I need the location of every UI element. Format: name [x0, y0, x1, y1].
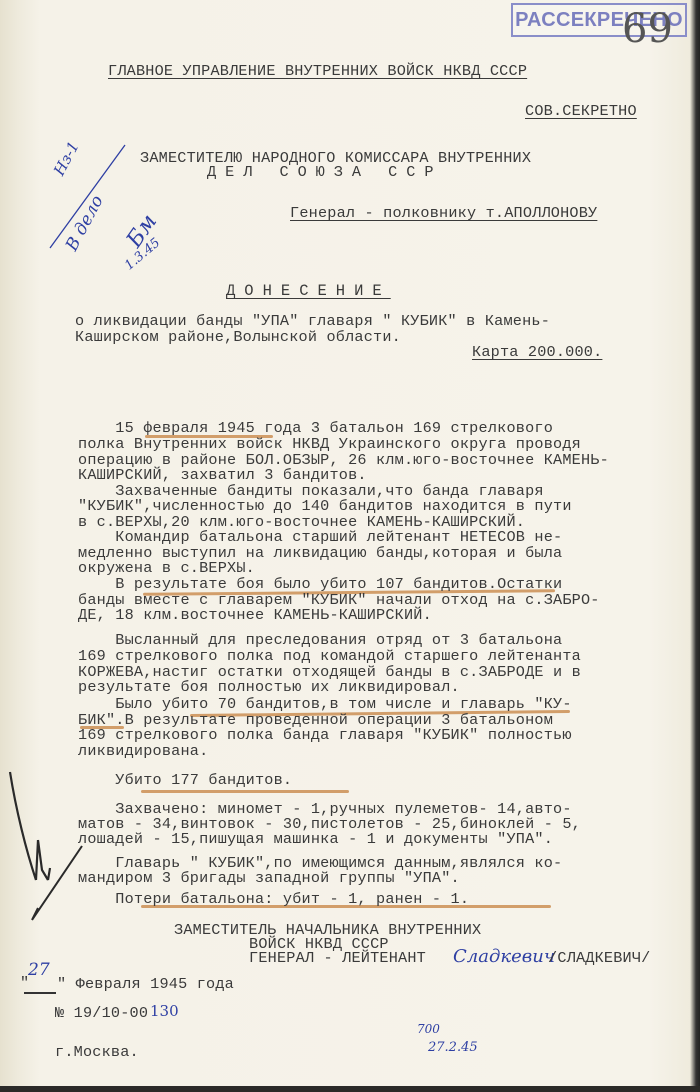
city: г.Москва.: [55, 1044, 139, 1060]
body-line: Было убито 70 бандитов,в том числе и гла…: [78, 696, 572, 712]
body-line: КАШИРСКИЙ, захватил 3 бандитов.: [78, 467, 367, 483]
signatory-name: /СЛАДКЕВИЧ/: [548, 950, 650, 966]
body-line: Убито 177 бандитов.: [78, 772, 292, 788]
subject-line-2: Каширском районе,Волынской области.: [75, 329, 401, 345]
body-line: мандиром 3 бригады западной группы "УПА"…: [78, 870, 460, 886]
body-line: Командир батальона старший лейтенант НЕТ…: [78, 529, 562, 545]
body-line: Высланный для преследования отряд от 3 б…: [78, 632, 562, 648]
body-line: окружена в с.ВЕРХЫ.: [78, 560, 255, 576]
map-scale: Карта 200.000.: [472, 344, 602, 360]
document-number: № 19/10-00: [55, 1005, 148, 1021]
body-line: 169 стрелкового полка под командой старш…: [78, 648, 581, 664]
page-number: 69: [622, 6, 673, 52]
body-line: Потери батальона: убит - 1, ранен - 1.: [78, 891, 469, 907]
organization-header: ГЛАВНОЕ УПРАВЛЕНИЕ ВНУТРЕННИХ ВОЙСК НКВД…: [108, 63, 527, 79]
document-number-handwritten: 130: [150, 1002, 179, 1020]
signatory-rank: ГЕНЕРАЛ - ЛЕЙТЕНАНТ: [249, 950, 426, 966]
date-day-handwritten: 27: [28, 960, 50, 980]
body-line: 169 стрелкового полка банда главаря "КУБ…: [78, 727, 572, 743]
handwritten-signature: Сладкевич: [453, 946, 555, 967]
classification-label: СОВ.СЕКРЕТНО: [525, 103, 637, 119]
body-line: В результате боя было убито 107 бандитов…: [78, 576, 562, 592]
addressee-line-3: Генерал - полковнику т.АПОЛЛОНОВУ: [290, 205, 597, 221]
pencil-mark-icon: [8, 770, 88, 930]
body-line: полка Внутренних войск НКВД Украинского …: [78, 436, 581, 452]
highlight-177-killed: [141, 790, 349, 793]
date-text: " Февраля 1945 года: [57, 976, 234, 992]
addressee-line-2: ДЕЛ СОЮЗА ССР: [207, 164, 442, 180]
date-blank-line: [24, 992, 56, 994]
registry-date: 27.2.45: [428, 1040, 478, 1055]
body-line: "КУБИК",численностью до 140 бандитов нах…: [78, 498, 572, 514]
body-line: ДЕ, 18 клм.восточнее КАМЕНЬ-КАШИРСКИЙ.: [78, 607, 432, 623]
body-line: лошадей - 15,пишущая машинка - 1 и докум…: [78, 831, 553, 847]
body-line: результате боя полностью их ликвидировал…: [78, 679, 460, 695]
body-line: 15 февраля 1945 года 3 батальон 169 стре…: [78, 420, 553, 436]
registry-number: 700: [417, 1022, 440, 1036]
body-line: ликвидирована.: [78, 743, 208, 759]
subject-line-1: о ликвидации банды "УПА" главаря " КУБИК…: [75, 313, 550, 329]
document-heading: ДОНЕСЕНИЕ: [226, 283, 391, 299]
page-bottom-edge: [0, 1086, 700, 1092]
